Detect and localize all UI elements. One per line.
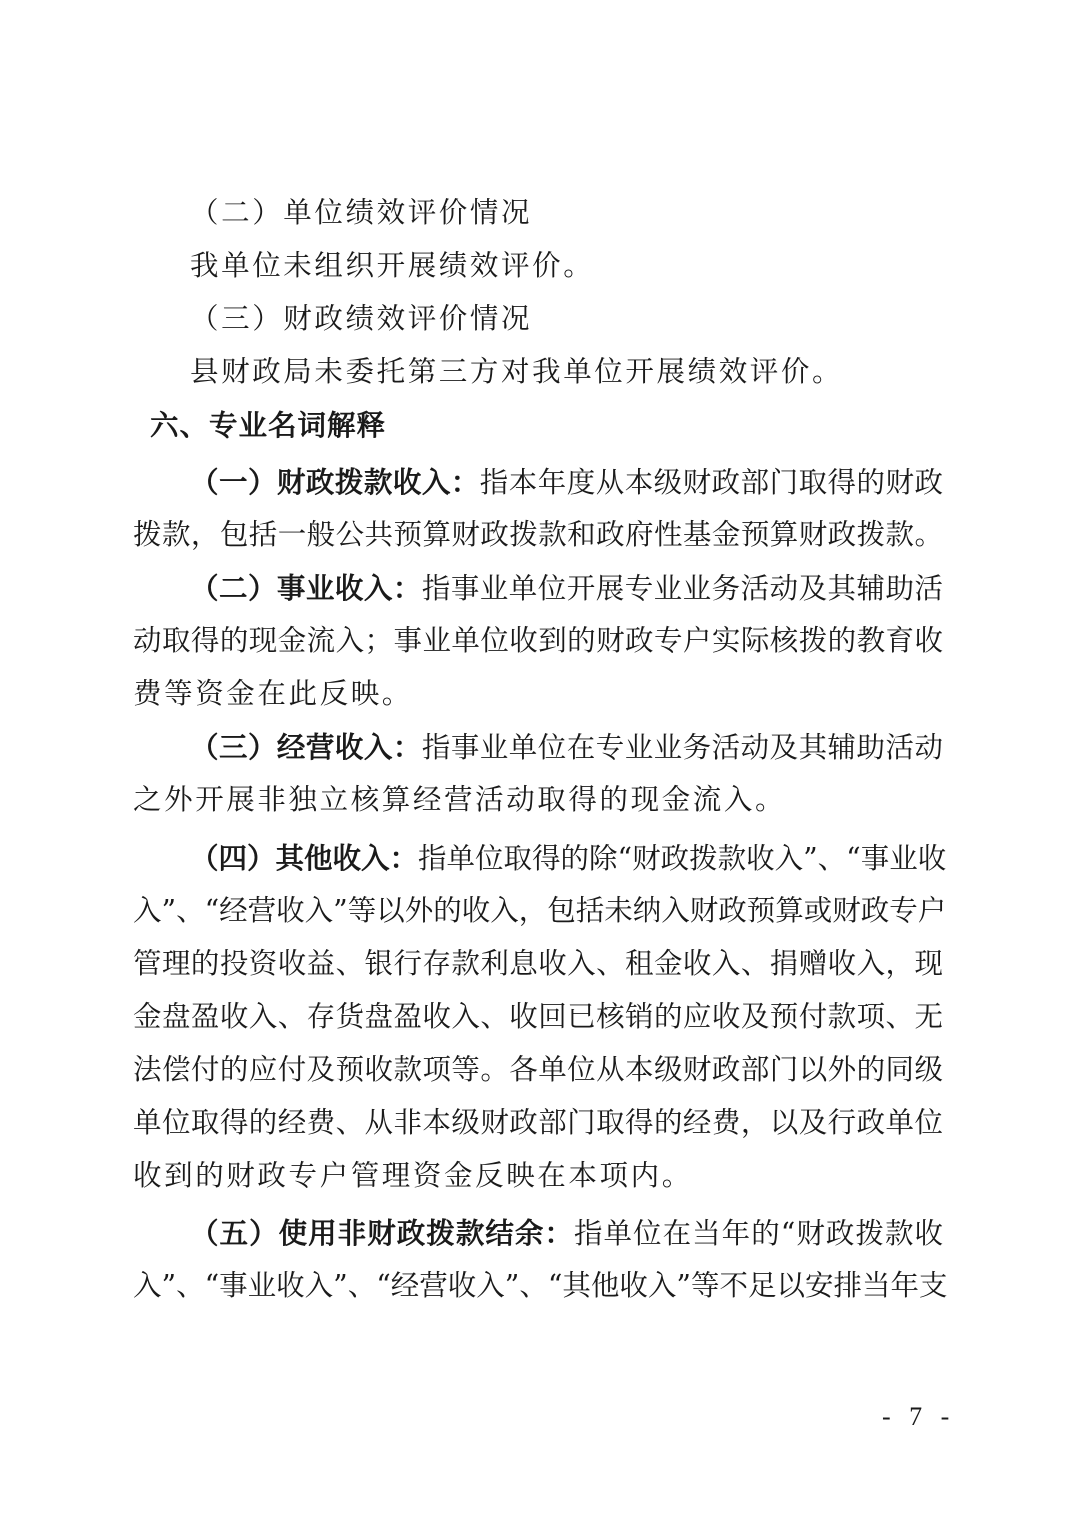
term-paragraph-line: 法偿付的应付及预收款项等。各单位从本级财政部门以外的同级: [133, 1050, 943, 1090]
term-paragraph-line: 之外开展非独立核算经营活动取得的现金流入。: [133, 780, 943, 820]
term-paragraph-line: （一）财政拨款收入：指本年度从本级财政部门取得的财政: [190, 462, 943, 502]
term-label: （三）经营收入：: [190, 730, 422, 764]
term-paragraph-line: 金盘盈收入、存货盘盈收入、收回已核销的应收及预付款项、无: [133, 997, 943, 1037]
term-label: （二）事业收入：: [190, 571, 422, 605]
term-label: （四）其他收入：: [190, 841, 418, 875]
section-body-finance-evaluation: 县财政局未委托第三方对我单位开展绩效评价。: [190, 352, 943, 392]
term-paragraph-line: （三）经营收入：指事业单位在专业业务活动及其辅助活动: [190, 727, 943, 767]
term-paragraph-line: （二）事业收入：指事业单位开展专业业务活动及其辅助活: [190, 568, 943, 608]
term-paragraph-line: 单位取得的经费、从非本级财政部门取得的经费，以及行政单位: [133, 1103, 943, 1143]
term-paragraph-line: 动取得的现金流入；事业单位收到的财政专户实际核拨的教育收: [133, 621, 943, 661]
term-text: 指单位取得的除“财政拨款收入”、“事业收: [418, 842, 946, 875]
section-heading-finance-evaluation: （三）财政绩效评价情况: [190, 299, 943, 339]
term-paragraph-line: 收到的财政专户管理资金反映在本项内。: [133, 1156, 943, 1196]
section-body-unit-evaluation: 我单位未组织开展绩效评价。: [190, 246, 943, 286]
term-paragraph-line: 入”、“事业收入”、“经营收入”、“其他收入”等不足以安排当年支: [133, 1266, 943, 1306]
term-label: （一）财政拨款收入：: [190, 465, 480, 499]
term-text: 指事业单位在专业业务活动及其辅助活动: [422, 731, 943, 764]
document-page: （二）单位绩效评价情况 我单位未组织开展绩效评价。 （三）财政绩效评价情况 县财…: [0, 0, 1075, 1520]
term-label: （五）使用非财政拨款结余：: [190, 1216, 574, 1250]
section-heading-unit-evaluation: （二）单位绩效评价情况: [190, 193, 943, 233]
page-number: - 7 -: [882, 1402, 955, 1432]
term-paragraph-line: （五）使用非财政拨款结余：指单位在当年的“财政拨款收: [190, 1213, 943, 1253]
term-paragraph-line: 拨款，包括一般公共预算财政拨款和政府性基金预算财政拨款。: [133, 515, 943, 555]
chapter-title: 六、专业名词解释: [150, 406, 960, 446]
term-text: 指事业单位开展专业业务活动及其辅助活: [422, 572, 943, 605]
term-paragraph-line: 管理的投资收益、银行存款利息收入、租金收入、捐赠收入，现: [133, 944, 943, 984]
term-paragraph-line: 入”、“经营收入”等以外的收入，包括未纳入财政预算或财政专户: [133, 891, 943, 931]
term-text: 指单位在当年的“财政拨款收: [574, 1217, 943, 1250]
term-paragraph-line: 费等资金在此反映。: [133, 674, 943, 714]
term-text: 指本年度从本级财政部门取得的财政: [480, 466, 943, 499]
term-paragraph-line: （四）其他收入：指单位取得的除“财政拨款收入”、“事业收: [190, 838, 943, 878]
